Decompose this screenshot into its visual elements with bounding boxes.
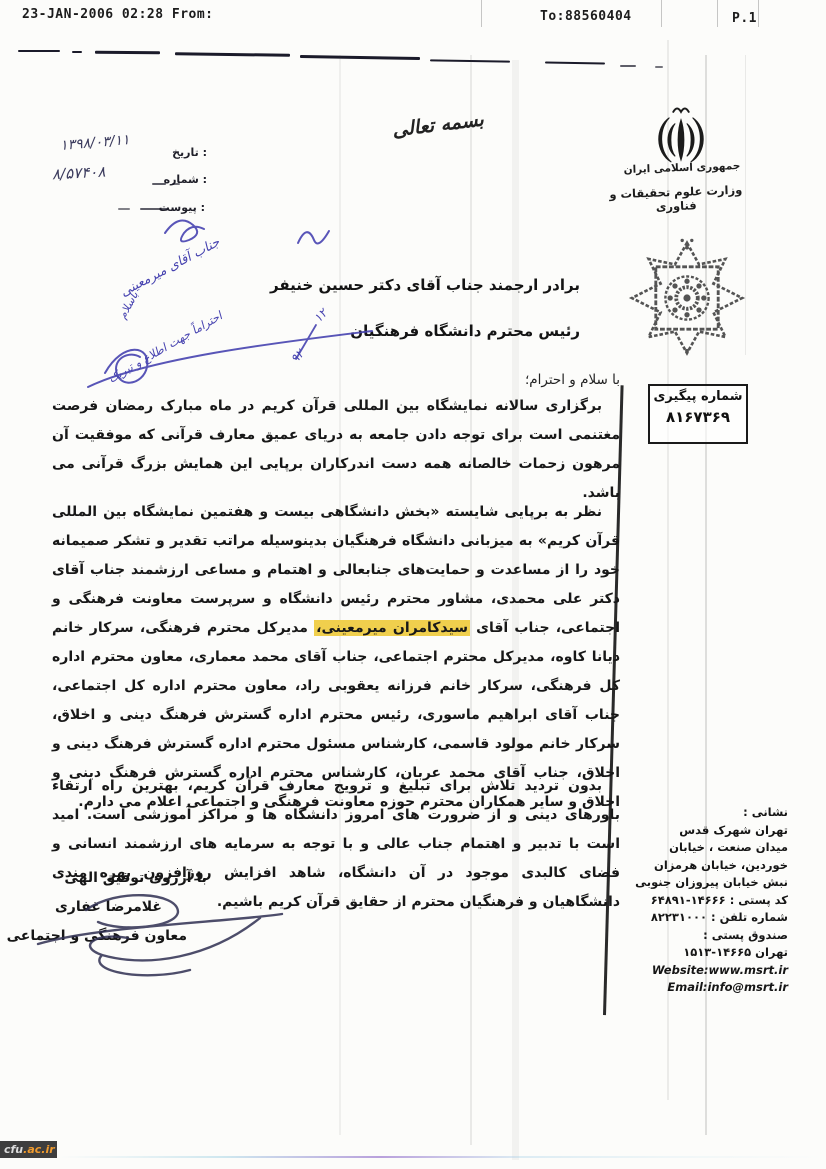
scan-edge-dash xyxy=(655,66,663,68)
blank-dash xyxy=(152,183,166,185)
scan-bottom-artifact xyxy=(58,1156,826,1158)
watermark-text-orange: .ac.ir xyxy=(23,1141,55,1158)
handwriting-checkmark xyxy=(298,231,329,243)
ministry-address-block: نشانی : تهران شهرک قدس میدان صنعت ، خیاب… xyxy=(588,804,788,997)
fax-from-line: 23-JAN-2006 02:28 From: xyxy=(22,7,214,22)
website-line: Website:www.msrt.ir xyxy=(588,962,788,980)
ink-signature-scrawl xyxy=(28,882,298,987)
paragraph-2-text: نظر به برپایی شایسته «بخش دانشگاهی بیست … xyxy=(52,504,620,636)
gov-name-line: جمهوری اسلامی ایران xyxy=(612,160,752,177)
salutation-line: با سلام و احترام؛ xyxy=(525,372,620,388)
ornamental-stamp-seal xyxy=(612,238,762,358)
tracking-number-box: شماره پیگیری ۸۱۶۷۳۶۹ xyxy=(648,384,748,444)
handwritten-note-greeting: باسلام xyxy=(116,289,141,321)
cfu-watermark: cfu.ac.ir xyxy=(0,1141,57,1158)
address-postal-code: کد پستی : ۱۴۶۶۶-۶۴۸۹۱ xyxy=(651,893,788,907)
address-line: نبش خیابان پیروزان جنوبی xyxy=(635,875,788,889)
watermark-text-gray: cfu xyxy=(4,1141,23,1158)
address-pobox-label: صندوق پستی : xyxy=(703,928,788,942)
ministry-name-line: وزارت علوم تحقیقات و فناوری xyxy=(590,182,763,216)
fax-to-number: To:88560404 xyxy=(540,9,632,24)
scan-edge-dash xyxy=(300,55,420,60)
handwriting-scribble xyxy=(165,221,204,242)
scanned-fax-letter: 23-JAN-2006 02:28 From: To:88560404 P.1 … xyxy=(0,0,826,1169)
handwritten-note-recipient: جناب آقای میرمعینی xyxy=(117,233,223,300)
fax-header-divider xyxy=(717,0,718,27)
address-line: خوردین، خیابان هرمزان xyxy=(654,858,788,872)
scan-edge-dash xyxy=(18,50,60,52)
scan-edge-dash xyxy=(95,51,160,54)
scan-edge-dash xyxy=(72,51,82,53)
tracking-number-label: شماره پیگیری xyxy=(650,389,746,404)
fax-header-divider xyxy=(481,0,482,27)
handwritten-date-bottom: ۹۲ xyxy=(288,346,308,366)
scan-edge-dash xyxy=(620,65,636,67)
fax-header-divider xyxy=(758,0,759,27)
date-handwritten-value: ۱۳۹۸/۰۳/۱۱ xyxy=(59,132,130,154)
iran-emblem-icon xyxy=(652,106,710,168)
fax-header-divider xyxy=(661,0,662,27)
fax-page-number: P.1 xyxy=(732,11,757,26)
address-line: میدان صنعت ، خیابان xyxy=(669,840,788,854)
scan-edge-dash xyxy=(175,52,290,57)
highlighted-name: سیدکامران میرمعینی، xyxy=(314,620,470,636)
handwritten-date-top: ۱۲ xyxy=(311,305,331,325)
number-label: شماره : xyxy=(164,173,207,186)
handwritten-blue-annotation: جناب آقای میرمعینی باسلام احتراماً جهت ا… xyxy=(70,205,410,410)
address-label: نشانی : xyxy=(743,805,788,819)
date-label: تاریخ : xyxy=(172,146,207,159)
email-line: Email:info@msrt.ir xyxy=(588,979,788,997)
address-pobox-value: تهران ۱۴۶۶۵-۱۵۱۳ xyxy=(683,945,788,959)
body-paragraph-2: نظر به برپایی شایسته «بخش دانشگاهی بیست … xyxy=(52,498,620,817)
number-handwritten-value: ۸/۵۷۴۰۸ xyxy=(52,163,106,184)
blank-dash xyxy=(172,183,180,185)
address-line: تهران شهرک قدس xyxy=(679,823,788,837)
tracking-number-value: ۸۱۶۷۳۶۹ xyxy=(650,408,746,426)
address-phone: شماره تلفن : ۸۲۲۳۱۰۰۰ xyxy=(651,910,788,924)
scan-edge-dash xyxy=(545,61,605,64)
body-paragraph-1: برگزاری سالانه نمایشگاه بین المللی قرآن … xyxy=(52,392,620,508)
